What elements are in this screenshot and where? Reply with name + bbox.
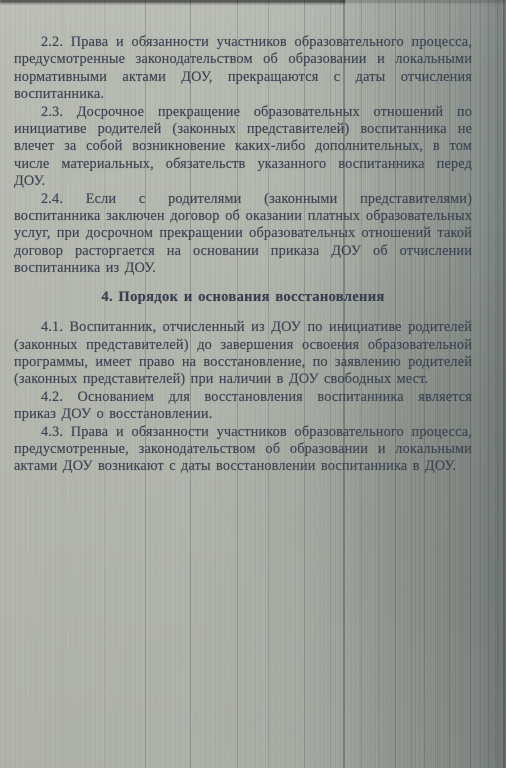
paragraph-4-2: 4.2. Основанием для восстановления воспи…: [14, 389, 472, 424]
document-content: 2.2. Права и обязанности участников обра…: [14, 34, 472, 476]
scanned-document-page: 2.2. Права и обязанности участников обра…: [0, 0, 506, 768]
paragraph-2-2: 2.2. Права и обязанности участников обра…: [14, 34, 472, 104]
paragraph-2-4: 2.4. Если с родителями (законными предст…: [14, 191, 472, 278]
paragraph-2-3: 2.3. Досрочное прекращение образовательн…: [14, 104, 472, 191]
paragraph-4-3: 4.3. Права и обязанности участников обра…: [14, 424, 472, 476]
paragraph-4-1: 4.1. Воспитанник, отчисленный из ДОУ по …: [14, 319, 472, 389]
scan-top-edge-shadow-right: [340, 0, 506, 4]
section-heading: 4. Порядок и основания восстановления: [14, 289, 472, 306]
scan-top-edge-shadow: [0, 0, 345, 5]
